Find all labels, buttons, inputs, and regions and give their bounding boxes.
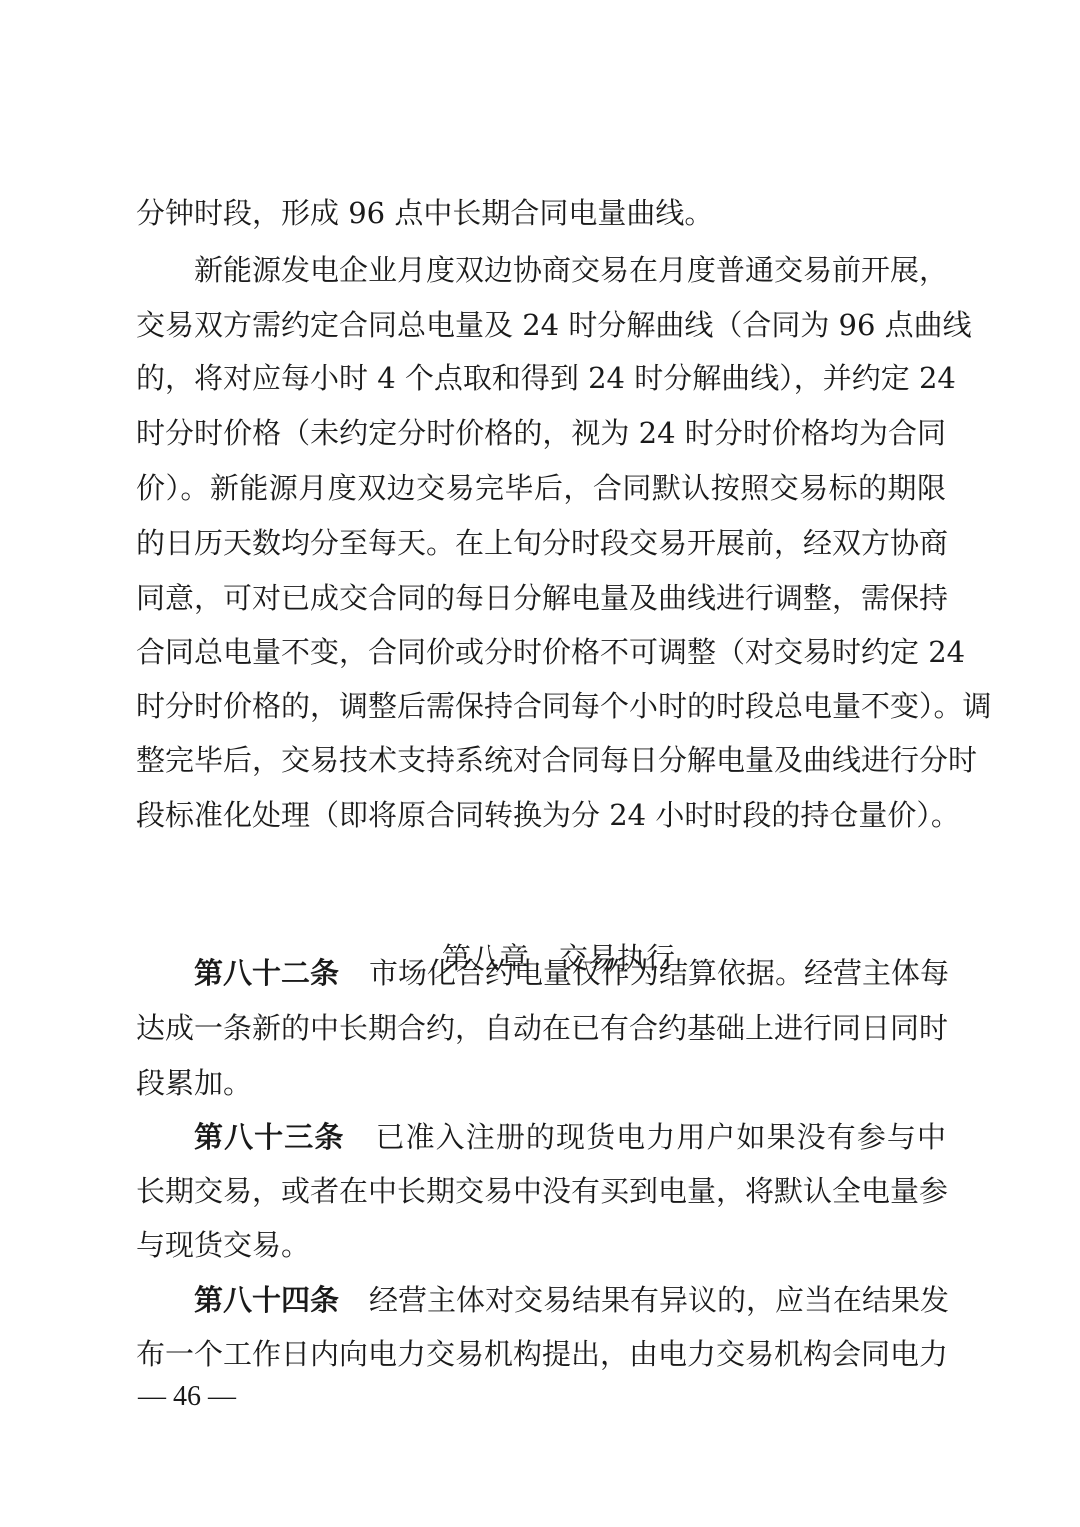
page-number: — 46 — [138, 1377, 236, 1417]
paragraph-line: 价）。新能源月度双边交易完毕后，合同默认按照交易标的期限 [136, 468, 946, 508]
article-text: 经营主体对交易结果有异议的，应当在结果发 [369, 1283, 949, 1317]
paragraph-line: 与现货交易。 [136, 1225, 946, 1265]
paragraph-line: 的，将对应每小时 4 个点取和得到 24 时分解曲线），并约定 24 [136, 358, 946, 398]
paragraph-line: 时分时价格（未约定分时价格的，视为 24 时分时价格均为合同 [136, 413, 946, 453]
paragraph-line: 新能源发电企业月度双边协商交易在月度普通交易前开展， [194, 250, 946, 290]
paragraph-line: 整完毕后，交易技术支持系统对合同每日分解电量及曲线进行分时 [136, 740, 946, 780]
article-84-first-line: 第八十四条经营主体对交易结果有异议的，应当在结果发 [194, 1280, 946, 1320]
paragraph-line: 段标准化处理（即将原合同转换为分 24 小时时段的持仓量价）。 [136, 795, 946, 835]
paragraph-line: 交易双方需约定合同总电量及 24 时分解曲线（合同为 96 点曲线 [136, 305, 946, 345]
paragraph-line: 段累加。 [136, 1063, 946, 1103]
article-label: 第八十四条 [194, 1283, 339, 1317]
paragraph-line: 布一个工作日内向电力交易机构提出，由电力交易机构会同电力 [136, 1334, 946, 1374]
paragraph-line: 同意，可对已成交合同的每日分解电量及曲线进行调整，需保持 [136, 578, 946, 618]
article-text: 已准入注册的现货电力用户如果没有参与中 [374, 1120, 946, 1154]
article-label: 第八十三条 [194, 1120, 344, 1154]
paragraph-line: 长期交易，或者在中长期交易中没有买到电量，将默认全电量参 [136, 1171, 946, 1211]
paragraph-line: 时分时价格的，调整后需保持合同每个小时的时段总电量不变）。调 [136, 686, 946, 726]
article-text: 市场化合约电量仅作为结算依据。经营主体每 [369, 956, 949, 990]
paragraph-line: 合同总电量不变，合同价或分时价格不可调整（对交易时约定 24 [136, 632, 946, 672]
paragraph-line: 的日历天数均分至每天。在上旬分时段交易开展前，经双方协商 [136, 523, 946, 563]
article-82-first-line: 第八十二条市场化合约电量仅作为结算依据。经营主体每 [194, 953, 946, 993]
article-83-first-line: 第八十三条已准入注册的现货电力用户如果没有参与中 [194, 1117, 946, 1157]
chapter-heading: 第八章交易执行 [0, 898, 1080, 938]
paragraph-line: 分钟时段，形成 96 点中长期合同电量曲线。 [136, 193, 946, 233]
paragraph-line: 达成一条新的中长期合约，自动在已有合约基础上进行同日同时 [136, 1008, 946, 1048]
document-page: 分钟时段，形成 96 点中长期合同电量曲线。 新能源发电企业月度双边协商交易在月… [0, 0, 1080, 1527]
article-label: 第八十二条 [194, 956, 339, 990]
